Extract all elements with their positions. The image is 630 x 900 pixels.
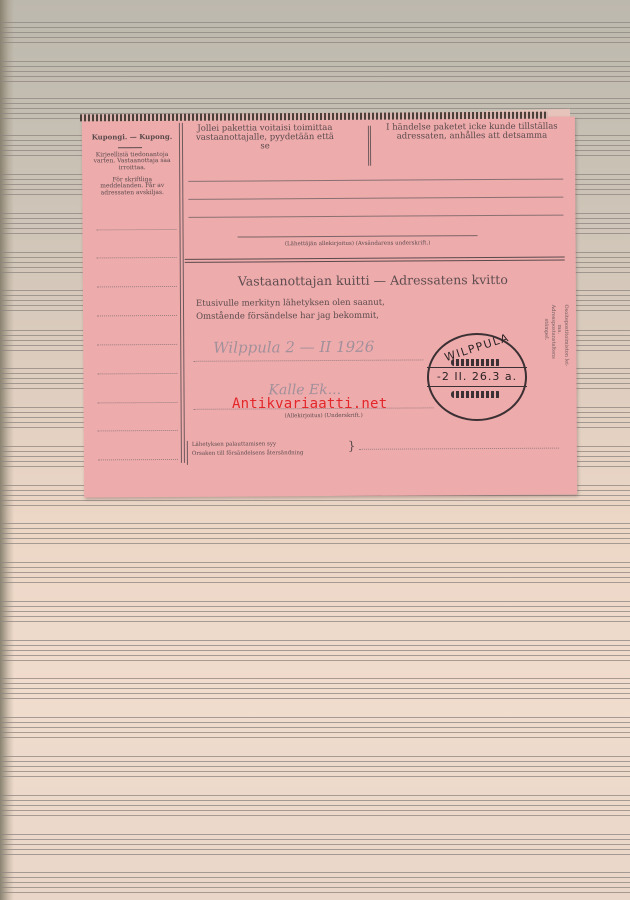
postmark-date: -2 II. 26.3 a. (427, 367, 527, 387)
instruction-line (188, 197, 563, 200)
coupon-title: Kupongi. — Kupong. (90, 133, 174, 141)
sender-signature-line (238, 235, 478, 237)
coupon-writing-line (97, 373, 177, 374)
postmark-inner-arc (451, 359, 501, 366)
receipt-title: Vastaanottajan kuitti — Adressatens kvit… (203, 273, 543, 288)
postmark-inner-arc (451, 391, 501, 398)
coupon-writing-line (97, 344, 177, 345)
notice-divider (370, 126, 371, 166)
signature-label: (Allekirjoitus) (Underskrift.) (224, 413, 424, 420)
sender-signature-label: (Lähettäjän allekirjoitus) (Avsändarens … (233, 241, 483, 248)
coupon-writing-line (97, 257, 177, 258)
coupon-writing-line (98, 459, 178, 460)
coupon-separator (182, 123, 185, 463)
notice-sv: I händelse paketet icke kunde tillställa… (382, 123, 562, 142)
parcel-receipt-card: Kupongi. — Kupong. Kirjeellisiä tiedonan… (82, 116, 577, 497)
section-divider (185, 260, 565, 263)
receipt-line-sv: Omstående försändelse har jag bekommit, (196, 311, 456, 322)
receipt-line-fi: Etusivulle merkityn lähetyksen olen saan… (196, 298, 456, 309)
instruction-line (188, 179, 563, 182)
coupon-writing-line (98, 430, 178, 431)
return-reason-fi: Lähetyksen palauttamisen syy (192, 442, 352, 449)
postmark-side-note: Osoitepostitoimiston lei- ma. Adresspost… (543, 305, 569, 367)
handwritten-place-date: Wilppula 2 — II 1926 (213, 338, 374, 357)
return-reason-sv: Orsaken till försändelsens återsändning (192, 451, 362, 458)
coupon-writing-line (97, 286, 177, 287)
watermark: Antikvariaatti.net (232, 396, 387, 412)
coupon-writing-line (98, 402, 178, 403)
return-reason-bracket (187, 441, 188, 465)
instruction-line (188, 215, 563, 218)
coupon-text-fi: Kirjeellisiä tiedonantoja varten. Vastaa… (90, 152, 174, 171)
return-reason-line (359, 448, 559, 450)
return-reason-brace: } (348, 440, 356, 453)
coupon-writing-line (97, 229, 177, 230)
postmark-stamp: WILPPULA -2 II. 26.3 a. (427, 333, 527, 421)
coupon-writing-line (97, 315, 177, 316)
coupon-text-sv: För skriftliga meddelanden. Får av adres… (90, 177, 174, 196)
place-date-line (193, 359, 423, 361)
notice-fi: Jollei pakettia voitaisi toimittaa vasta… (190, 124, 340, 152)
coupon-rule (118, 147, 142, 148)
